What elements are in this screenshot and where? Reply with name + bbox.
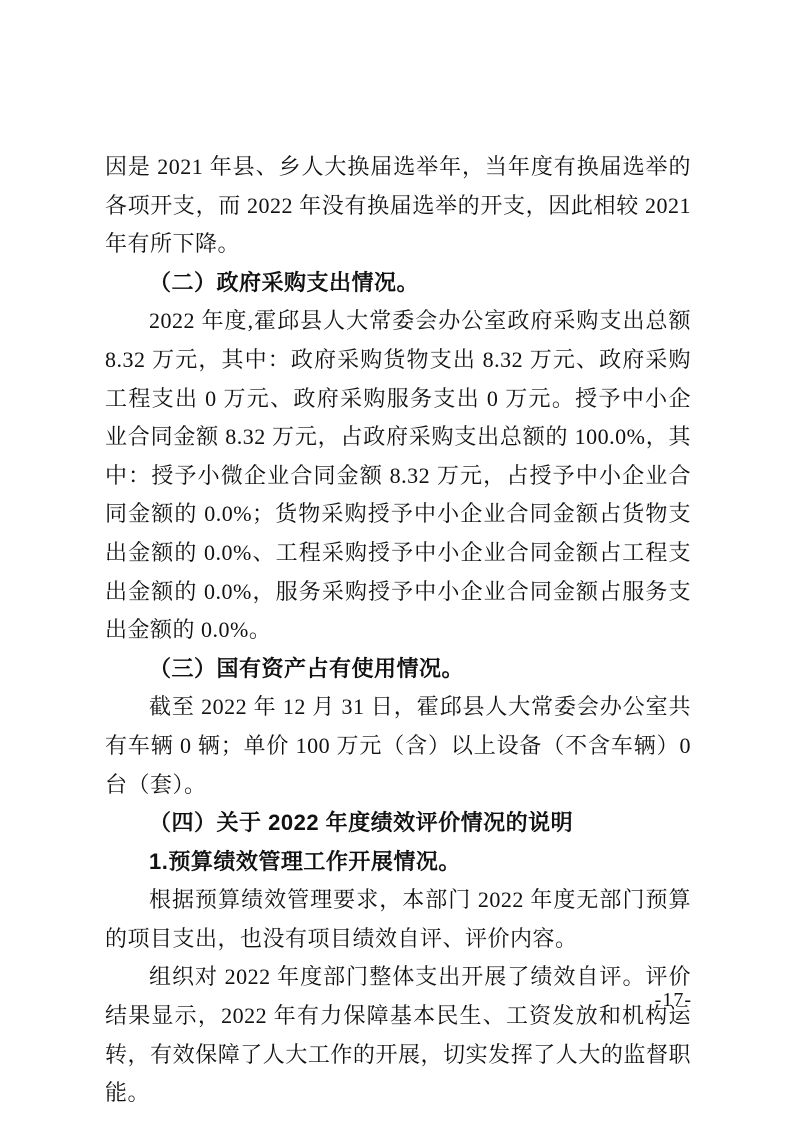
paragraph-procurement-details: 2022 年度,霍邱县人大常委会办公室政府采购支出总额 8.32 万元，其中：政… xyxy=(105,302,691,649)
paragraph-election-expense-continuation: 因是 2021 年县、乡人大换届选举年，当年度有换届选举的各项开支，而 2022… xyxy=(105,148,691,264)
document-page: 因是 2021 年县、乡人大换届选举年，当年度有换届选举的各项开支，而 2022… xyxy=(0,0,793,1122)
heading-subsection-1-budget-performance: 1.预算绩效管理工作开展情况。 xyxy=(105,843,691,882)
paragraph-budget-performance: 根据预算绩效管理要求，本部门 2022 年度无部门预算的项目支出，也没有项目绩效… xyxy=(105,881,691,958)
paragraph-self-evaluation-result: 组织对 2022 年度部门整体支出开展了绩效自评。评价结果显示，2022 年有力… xyxy=(105,958,691,1112)
heading-section-2-government-procurement: （二）政府采购支出情况。 xyxy=(105,264,691,303)
heading-section-3-state-assets: （三）国有资产占有使用情况。 xyxy=(105,650,691,689)
document-body: 因是 2021 年县、乡人大换届选举年，当年度有换届选举的各项开支，而 2022… xyxy=(105,148,691,1113)
paragraph-assets-details: 截至 2022 年 12 月 31 日，霍邱县人大常委会办公室共有车辆 0 辆；… xyxy=(105,688,691,804)
heading-section-4-performance-evaluation: （四）关于 2022 年度绩效评价情况的说明 xyxy=(105,804,691,843)
page-number: -17- xyxy=(655,989,692,1012)
